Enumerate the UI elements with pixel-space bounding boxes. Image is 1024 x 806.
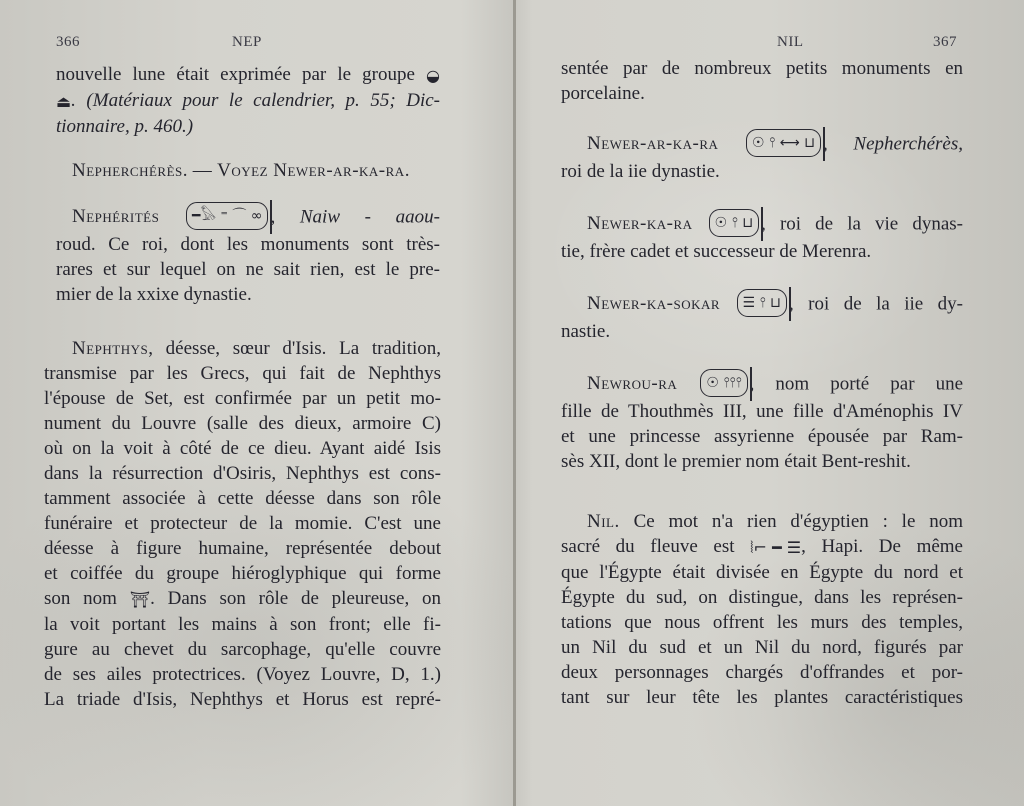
- text-line: la voit portant les mains à son front; e…: [44, 614, 441, 635]
- text-line: Égypte du sud, on distingue, dans les re…: [561, 587, 963, 608]
- text-line: tionnaire, p. 460.): [56, 116, 193, 137]
- text-line: , Naiw - aaou-: [270, 206, 440, 227]
- cartouche-icon: ☉ ⫯⫯⫯: [700, 369, 747, 397]
- text-line: un Nil du sud et un Nil du nord, figurés…: [561, 637, 963, 658]
- text-line: sentée par de nombreux petits monuments …: [561, 58, 963, 79]
- text-line: roi de la iie dynastie.: [561, 161, 720, 182]
- cartouche-icon: ☉ ⫯ ⟷ ⊔: [746, 129, 821, 157]
- entry-nephercheres: Nepherchérès. — Voyez Newer-ar-ka-ra.: [72, 158, 442, 183]
- continuation-paragraph: nouvelle lune était exprimée par le grou…: [56, 62, 440, 139]
- entry-nepherites: Nephérités ━𓅃 ⁼ ⌒ ∞, Naiw - aaou- roud. …: [56, 204, 440, 307]
- text-line: , nom porté par une: [750, 373, 963, 394]
- text-line: mier de la xxixe dynastie.: [56, 284, 252, 305]
- book-gutter: [513, 0, 516, 806]
- headword: Newrou-ra: [561, 373, 677, 394]
- text-line: , Hapi. De même: [801, 536, 963, 557]
- entry-newer-ar-ka-ra: Newer-ar-ka-ra ☉ ⫯ ⟷ ⊔, Nepherchérès, ro…: [561, 131, 963, 184]
- headword: Newer-ka-ra: [561, 213, 693, 234]
- text-line: déesse à figure humaine, représentée deb…: [44, 538, 441, 559]
- page-number: 367: [933, 34, 957, 51]
- entry-newer-ka-sokar: Newer-ka-sokar ☰ ⫯ ⊔, roi de la iie dy- …: [561, 291, 963, 344]
- text-line: nouvelle lune était exprimée par le grou…: [56, 64, 415, 85]
- text-line: funéraire et protecteur de la momie. C'e…: [44, 513, 441, 534]
- text-line: l'épouse de Set, est confirmée par un pe…: [44, 388, 441, 409]
- headword: Nepherchérès.: [72, 160, 188, 181]
- text-line: et coiffée du groupe hiéroglyphique qui …: [44, 563, 441, 584]
- text-line: sès XII, dont le premier nom était Bent-…: [561, 451, 911, 472]
- text-line: , Nepherchérès,: [823, 133, 963, 154]
- text-line: deux personnages chargés d'offrandes et …: [561, 662, 963, 683]
- cartouche-icon: ☰ ⫯ ⊔: [737, 289, 787, 317]
- text-line: où on la voit à côté de ce dieu. Ayant a…: [44, 438, 441, 459]
- text-line: rares et sur lequel on ne sait rien, est…: [56, 259, 440, 280]
- text-line: tant sur leur tête les plantes caractéri…: [561, 687, 963, 708]
- entry-newrou-ra: Newrou-ra ☉ ⫯⫯⫯, nom porté par une fille…: [561, 371, 963, 474]
- text-line: , roi de la vie dynas-: [761, 213, 963, 234]
- headword: Nil.: [561, 511, 620, 532]
- cross-reference: — Voyez Newer-ar-ka-ra.: [193, 160, 410, 181]
- entry-nephthys: Nephthys, déesse, sœur d'Isis. La tradit…: [44, 336, 441, 712]
- text-line: nastie.: [561, 321, 610, 342]
- text-line: transmise par les Grecs, qui fait de Nep…: [44, 363, 441, 384]
- headword: Newer-ka-sokar: [561, 293, 720, 314]
- right-page: NIL 367 sentée par de nombreux petits mo…: [517, 0, 1024, 806]
- text-line: gure au chevet du sarcophage, qu'elle co…: [44, 639, 441, 660]
- text-line: tations que nous offrent les murs des te…: [561, 612, 963, 633]
- text-line: fille de Thouthmès III, une fille d'Amén…: [561, 401, 963, 422]
- text-line: son nom: [44, 588, 117, 609]
- headword: Newer-ar-ka-ra: [561, 133, 718, 154]
- running-head: NIL: [777, 34, 804, 51]
- text-line: , roi de la iie dy-: [789, 293, 963, 314]
- text-line: sacré du fleuve est: [561, 536, 735, 557]
- headword: Nephérités: [56, 206, 159, 227]
- cartouche-icon: ━𓅃 ⁼ ⌒ ∞: [186, 202, 268, 230]
- hapi-hieroglyph-icon: ⦚⌐ ━ ☰: [750, 535, 801, 560]
- running-head: NEP: [232, 34, 262, 51]
- moon-hieroglyph-icon: ◒: [426, 63, 440, 88]
- text-line: porcelaine.: [561, 83, 645, 104]
- text-line: roud. Ce roi, dont les monuments sont tr…: [56, 234, 440, 255]
- text-line: tie, frère cadet et successeur de Merenr…: [561, 241, 871, 262]
- text-line: . Dans son rôle de pleureuse, on: [150, 588, 441, 609]
- text-line: , déesse, sœur d'Isis. La tradition,: [148, 338, 441, 359]
- left-page: 366 NEP nouvelle lune était exprimée par…: [0, 0, 512, 806]
- text-line: que l'Égypte était divisée en Égypte du …: [561, 562, 963, 583]
- text-line: et une princesse assyrienne épousée par …: [561, 426, 963, 447]
- continuation-paragraph: sentée par de nombreux petits monuments …: [561, 56, 963, 106]
- text-line: Ce mot n'a rien d'égyptien : le nom: [634, 511, 963, 532]
- headword: Nephthys: [44, 338, 148, 359]
- moon-hieroglyph-icon: ⏏: [56, 89, 71, 114]
- book-spread: 366 NEP nouvelle lune était exprimée par…: [0, 0, 1024, 806]
- text-line: dans la résurrection d'Osiris, Nephthys …: [44, 463, 441, 484]
- entry-newer-ka-ra: Newer-ka-ra ☉ ⫯ ⊔, roi de la vie dynas- …: [561, 211, 963, 264]
- page-number: 366: [56, 34, 80, 51]
- text-line: . (Matériaux pour le calendrier, p. 55; …: [71, 90, 440, 111]
- cartouche-icon: ☉ ⫯ ⊔: [709, 209, 759, 237]
- entry-nil: Nil. Ce mot n'a rien d'égyptien : le nom…: [561, 509, 963, 710]
- nephthys-hieroglyph-icon: ⛩: [130, 587, 150, 612]
- text-line: La triade d'Isis, Nephthys et Horus est …: [44, 689, 441, 710]
- text-line: de ses ailes protectrices. (Voyez Louvre…: [44, 664, 441, 685]
- text-line: tamment associée à cette déesse dans son…: [44, 488, 441, 509]
- text-line: nument du Louvre (salle des dieux, armoi…: [44, 413, 441, 434]
